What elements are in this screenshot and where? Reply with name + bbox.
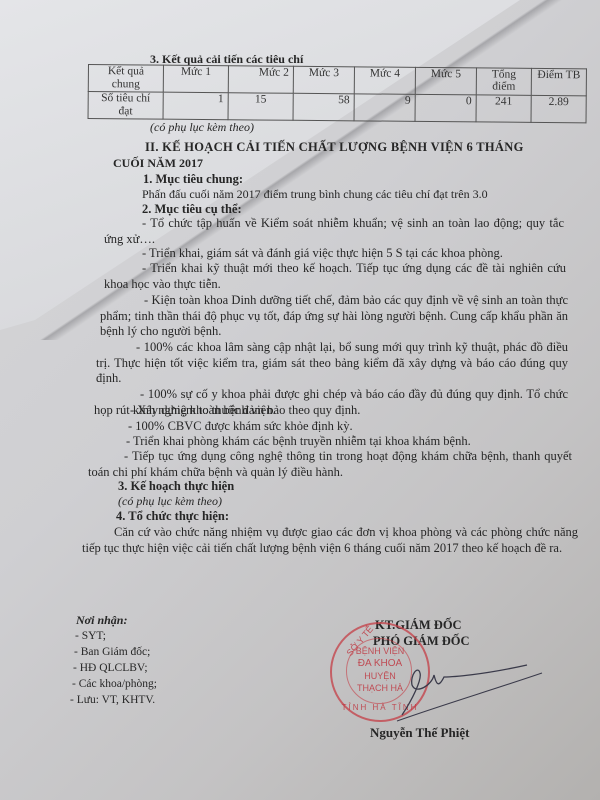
goal-item: - Kiện toàn khoa Dinh dưỡng tiết chế, đả… <box>100 293 568 340</box>
plan-note: (có phụ lục kèm theo) <box>118 494 222 509</box>
table-cell: 241 <box>476 95 531 122</box>
handwritten-signature <box>392 655 552 725</box>
org-title: 4. Tổ chức thực hiện: <box>116 509 229 524</box>
table-note: (có phụ lục kèm theo) <box>150 120 254 135</box>
general-goal-text: Phấn đấu cuối năm 2017 điểm trung bình c… <box>142 187 488 202</box>
goal-item: - Triển khai phòng khám các bệnh truyền … <box>126 434 471 449</box>
org-text: Căn cứ vào chức năng nhiệm vụ được giao … <box>82 525 578 556</box>
table-row: Số tiêu chí đạt 1 15 58 9 0 241 2.89 <box>88 92 586 123</box>
goal-item: - Triển khai kỹ thuật mới theo kế hoạch.… <box>104 261 566 292</box>
signatory-name: Nguyễn Thế Phiệt <box>370 725 469 740</box>
goal-item: - Xây dựng kho thuốc đảm bảo theo quy đị… <box>130 403 360 418</box>
header-cell: Mức 2 <box>228 66 293 94</box>
recipient-item: - Ban Giám đốc; <box>74 645 150 660</box>
table-cell: 1 <box>163 92 228 120</box>
header-cell: Mức 5 <box>415 67 476 95</box>
goal-item: - Triển khai, giám sát và đánh giá việc … <box>104 246 564 262</box>
header-cell: Mức 4 <box>354 67 415 95</box>
table-cell: 9 <box>354 94 415 122</box>
table-header-row: Kết quả chung Mức 1 Mức 2 Mức 3 Mức 4 Mứ… <box>88 65 586 96</box>
table-cell: 2.89 <box>531 95 586 122</box>
table-cell: 58 <box>293 93 354 121</box>
goal-item: - 100% các khoa lâm sàng cập nhật lại, b… <box>96 340 568 387</box>
row-label: Số tiêu chí đạt <box>88 92 163 120</box>
recipient-item: - SYT; <box>75 629 106 644</box>
general-goal-title: 1. Mục tiêu chung: <box>143 172 243 187</box>
recipient-item: - HĐ QLCLBV; <box>73 661 148 676</box>
recipient-item: - Các khoa/phòng; <box>72 677 157 692</box>
recipients-title: Nơi nhận: <box>76 613 127 628</box>
header-cell: Tổng điểm <box>476 68 531 95</box>
recipient-item: - Lưu: VT, KHTV. <box>70 693 155 708</box>
goal-item: - Tiếp tục ứng dụng công nghệ thông tin … <box>88 449 572 480</box>
goal-item: - 100% CBVC được khám sức khỏe định kỳ. <box>128 419 353 434</box>
table-cell: 0 <box>415 94 476 122</box>
section2-heading-line2: CUỐI NĂM 2017 <box>113 156 203 171</box>
header-cell: Mức 3 <box>293 66 354 94</box>
header-cell: Mức 1 <box>163 65 228 93</box>
table-cell: 15 <box>228 93 293 121</box>
section2-heading-line1: II. KẾ HOẠCH CẢI TIẾN CHẤT LƯỢNG BỆNH VI… <box>145 140 524 155</box>
plan-title: 3. Kế hoạch thực hiện <box>118 479 234 494</box>
goal-item: - Tổ chức tập huấn về Kiểm soát nhiễm kh… <box>104 216 564 247</box>
document-page: 3. Kết quả cải tiến các tiêu chí Kết quả… <box>0 0 600 800</box>
header-cell: Điểm TB <box>531 68 586 95</box>
header-cell: Kết quả chung <box>88 65 163 93</box>
results-table: Kết quả chung Mức 1 Mức 2 Mức 3 Mức 4 Mứ… <box>88 64 587 123</box>
specific-goals-title: 2. Mục tiêu cụ thể: <box>142 202 242 217</box>
